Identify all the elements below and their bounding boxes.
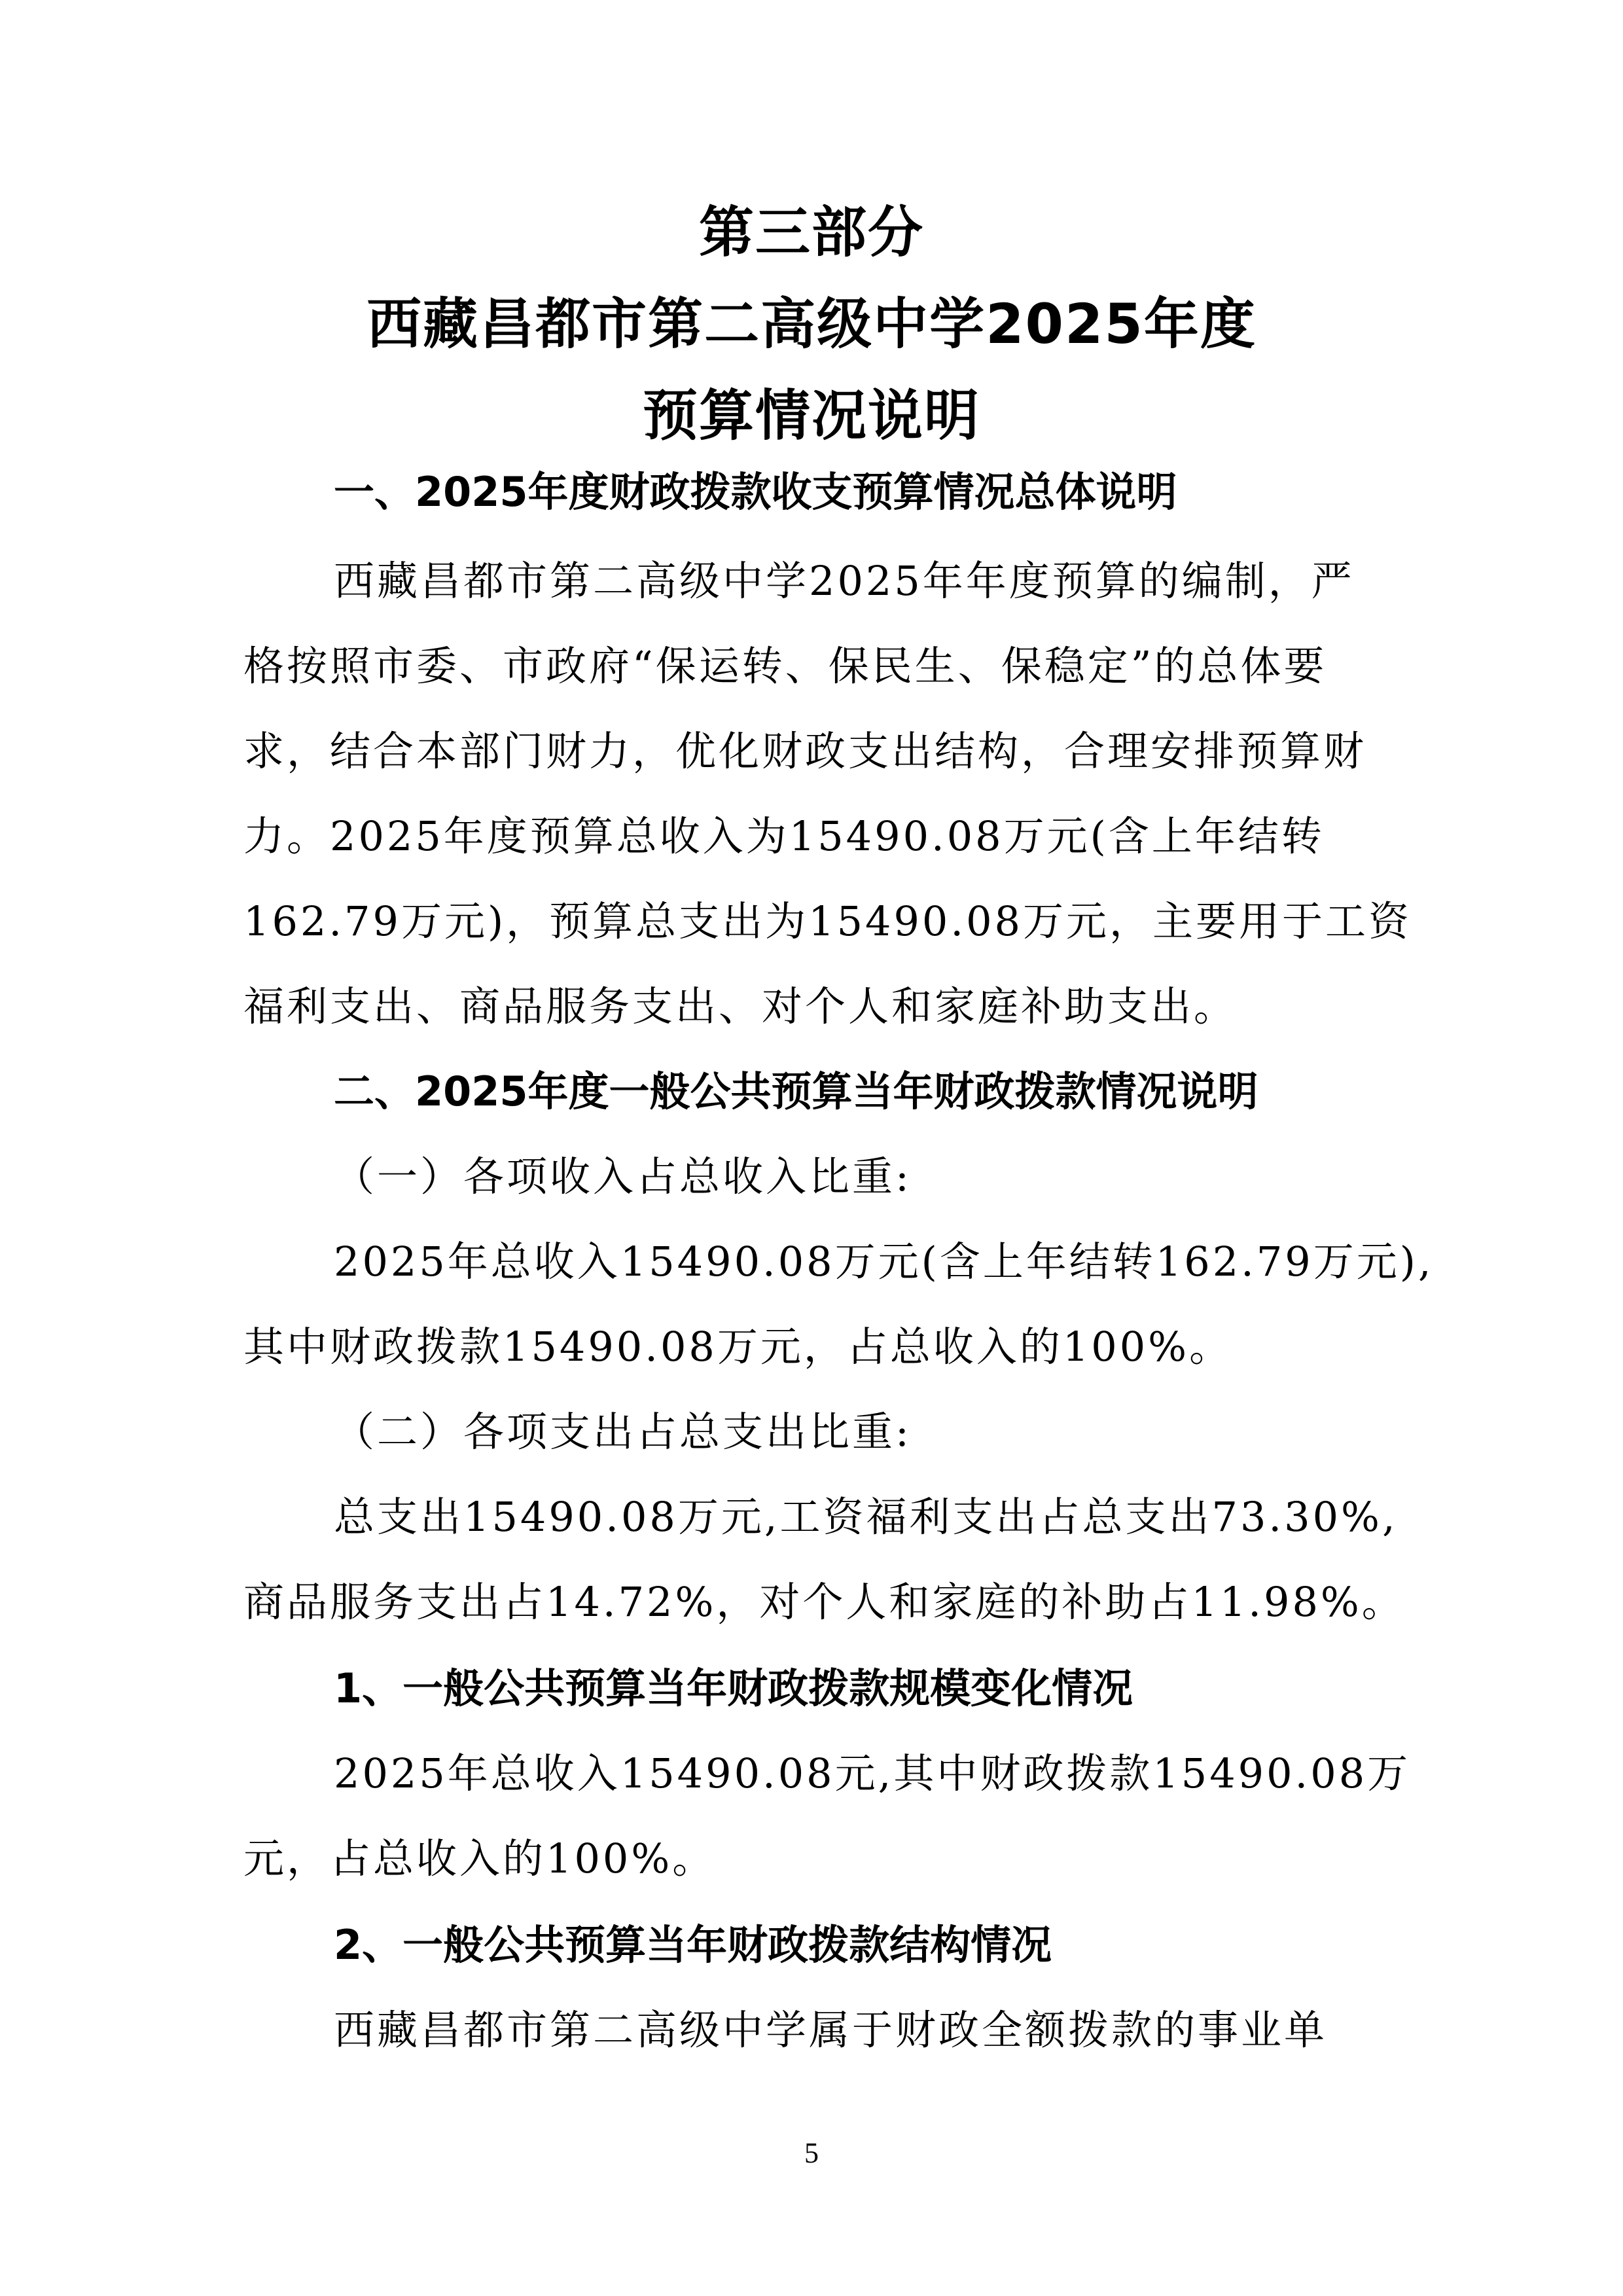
- paragraph-line: 商品服务支出占14.72%，对个人和家庭的补助占11.98%。: [243, 1576, 1405, 1628]
- page-number: 5: [0, 2134, 1623, 2173]
- document-subtitle: 预算情况说明: [0, 383, 1623, 448]
- paragraph-line: 西藏昌都市第二高级中学2025年年度预算的编制，严: [334, 555, 1355, 607]
- paragraph-line: 其中财政拨款15490.08万元，占总收入的100%。: [243, 1321, 1232, 1373]
- subsection-label-income: （一）各项收入占总收入比重:: [334, 1151, 912, 1203]
- paragraph-line: 总支出15490.08万元,工资福利支出占总支出73.30%,: [334, 1491, 1398, 1543]
- section-heading-1: 一、2025年度财政拨款收支预算情况总体说明: [334, 466, 1177, 518]
- paragraph-line: 2025年总收入15490.08万元(含上年结转162.79万元),: [334, 1236, 1434, 1288]
- section-heading-scale: 1、一般公共预算当年财政拨款规模变化情况: [334, 1662, 1133, 1715]
- paragraph-line: 格按照市委、市政府“保运转、保民生、保稳定”的总体要: [243, 640, 1327, 692]
- part-title: 第三部分: [0, 200, 1623, 265]
- document-title: 西藏昌都市第二高级中学2025年度: [0, 291, 1623, 357]
- section-heading-structure: 2、一般公共预算当年财政拨款结构情况: [334, 1919, 1052, 1971]
- document-page: 第三部分 西藏昌都市第二高级中学2025年度 预算情况说明 一、2025年度财政…: [0, 0, 1623, 2296]
- paragraph-line: 西藏昌都市第二高级中学属于财政全额拨款的事业单: [334, 2004, 1327, 2056]
- paragraph-line: 福利支出、商品服务支出、对个人和家庭补助支出。: [243, 980, 1237, 1033]
- paragraph-line: 元，占总收入的100%。: [243, 1833, 715, 1885]
- paragraph-line: 力。2025年度预算总收入为15490.08万元(含上年结转: [243, 810, 1325, 863]
- paragraph-line: 2025年总收入15490.08元,其中财政拨款15490.08万: [334, 1748, 1410, 1800]
- paragraph-line: 162.79万元)，预算总支出为15490.08万元，主要用于工资: [243, 895, 1412, 948]
- section-heading-2: 二、2025年度一般公共预算当年财政拨款情况说明: [334, 1066, 1258, 1118]
- paragraph-line: 求，结合本部门财力，优化财政支出结构，合理安排预算财: [243, 725, 1366, 778]
- subsection-label-expense: （二）各项支出占总支出比重:: [334, 1406, 912, 1458]
